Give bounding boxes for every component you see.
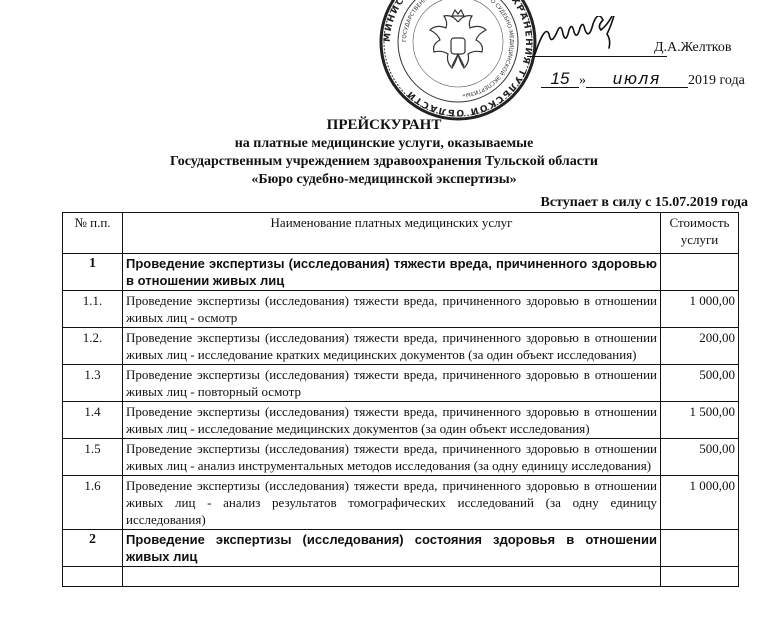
- table-row: 1.6Проведение экспертизы (исследования) …: [63, 476, 739, 530]
- row-number: 1.5: [63, 439, 123, 476]
- official-seal-stamp: МИНИСТЕРСТВО ЗДРАВООХРАНЕНИЯ ТУЛЬСКОЙ ОБ…: [378, 0, 538, 122]
- date-year: 2019 года: [688, 73, 745, 88]
- service-name: Проведение экспертизы (исследования) тяж…: [123, 328, 661, 365]
- row-number: 1: [63, 254, 123, 291]
- date-close-quote: »: [579, 73, 586, 88]
- service-name: Проведение экспертизы (исследования) сос…: [123, 530, 661, 567]
- document-title: ПРЕЙСКУРАНТ: [0, 117, 768, 134]
- header-number: № п.п.: [63, 213, 123, 254]
- service-name: Проведение экспертизы (исследования) тяж…: [123, 439, 661, 476]
- signature-scribble: [530, 16, 660, 66]
- header-price: Стоимость услуги: [661, 213, 739, 254]
- eagle-emblem-icon: [430, 10, 486, 68]
- date-day: 15: [541, 71, 579, 88]
- service-price: [661, 567, 739, 587]
- row-number: 1.3: [63, 365, 123, 402]
- date-month: июля: [586, 71, 688, 88]
- service-price: 1 500,00: [661, 402, 739, 439]
- service-price: 200,00: [661, 328, 739, 365]
- service-name: Проведение экспертизы (исследования) тяж…: [123, 254, 661, 291]
- signature-line: [527, 56, 667, 57]
- service-name: Проведение экспертизы (исследования) тяж…: [123, 476, 661, 530]
- table-row: [63, 567, 739, 587]
- service-name: [123, 567, 661, 587]
- table-row: 1.1.Проведение экспертизы (исследования)…: [63, 291, 739, 328]
- table-row: 1.2.Проведение экспертизы (исследования)…: [63, 328, 739, 365]
- subtitle-line-3: «Бюро судебно-медицинской экспертизы»: [0, 172, 768, 188]
- service-name: Проведение экспертизы (исследования) тяж…: [123, 291, 661, 328]
- signer-name: Д.А.Желтков: [654, 40, 732, 56]
- price-list-table: № п.п. Наименование платных медицинских …: [62, 212, 739, 587]
- subtitle-line-2: Государственным учреждением здравоохране…: [0, 154, 768, 170]
- service-name: Проведение экспертизы (исследования) тяж…: [123, 365, 661, 402]
- table-header-row: № п.п. Наименование платных медицинских …: [63, 213, 739, 254]
- row-number: 1.2.: [63, 328, 123, 365]
- table-row: 1.4Проведение экспертизы (исследования) …: [63, 402, 739, 439]
- service-name: Проведение экспертизы (исследования) тяж…: [123, 402, 661, 439]
- section-row: 1Проведение экспертизы (исследования) тя…: [63, 254, 739, 291]
- row-number: [63, 567, 123, 587]
- service-price: [661, 254, 739, 291]
- table-row: 1.5Проведение экспертизы (исследования) …: [63, 439, 739, 476]
- service-price: 500,00: [661, 365, 739, 402]
- approval-date: «15»июля2019 года: [534, 71, 745, 89]
- row-number: 2: [63, 530, 123, 567]
- header-service-name: Наименование платных медицинских услуг: [123, 213, 661, 254]
- section-row: 2Проведение экспертизы (исследования) со…: [63, 530, 739, 567]
- service-price: 1 000,00: [661, 291, 739, 328]
- row-number: 1.4: [63, 402, 123, 439]
- row-number: 1.1.: [63, 291, 123, 328]
- effective-date: Вступает в силу с 15.07.2019 года: [541, 195, 749, 211]
- service-price: 1 000,00: [661, 476, 739, 530]
- row-number: 1.6: [63, 476, 123, 530]
- table-row: 1.3Проведение экспертизы (исследования) …: [63, 365, 739, 402]
- service-price: 500,00: [661, 439, 739, 476]
- service-price: [661, 530, 739, 567]
- subtitle-line-1: на платные медицинские услуги, оказываем…: [0, 136, 768, 152]
